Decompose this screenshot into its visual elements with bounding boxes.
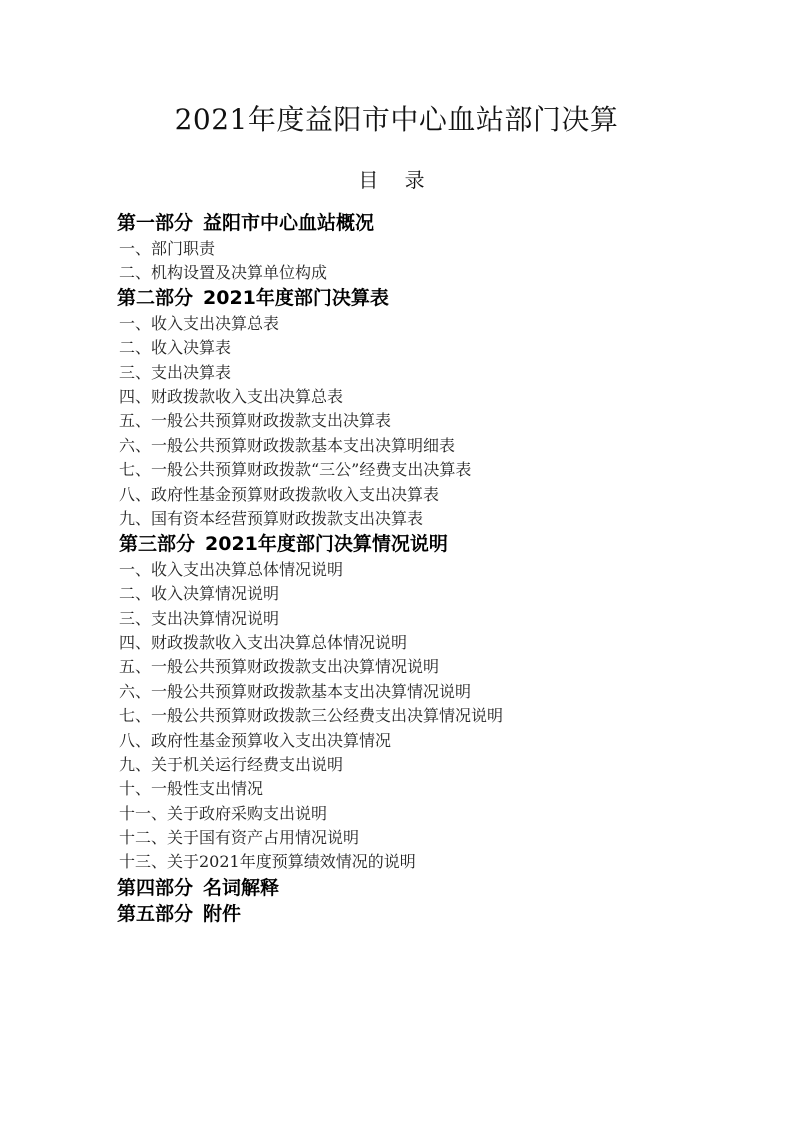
part-number: 第四部分	[117, 877, 193, 899]
part-number: 第五部分	[117, 903, 193, 925]
part-title: 附件	[203, 903, 241, 925]
toc-item[interactable]: 十一、关于政府采购支出说明	[117, 802, 717, 826]
toc-item[interactable]: 八、政府性基金预算收入支出决算情况	[117, 729, 717, 753]
toc-part-3[interactable]: 第三部分2021年度部门决算情况说明	[117, 531, 717, 558]
part-title: 名词解释	[203, 877, 279, 899]
toc-part-1[interactable]: 第一部分益阳市中心血站概况	[117, 210, 717, 237]
toc-item[interactable]: 一、收入支出决算总表	[117, 312, 717, 336]
toc-item[interactable]: 六、一般公共预算财政拨款基本支出决算明细表	[117, 434, 717, 458]
part-title: 2021年度部门决算情况说明	[205, 533, 448, 555]
toc-item[interactable]: 一、部门职责	[117, 237, 717, 261]
part-number: 第一部分	[117, 212, 193, 234]
toc-part-4[interactable]: 第四部分名词解释	[117, 875, 717, 902]
toc-item[interactable]: 七、一般公共预算财政拨款三公经费支出决算情况说明	[117, 704, 717, 728]
toc-item[interactable]: 十、一般性支出情况	[117, 777, 717, 801]
toc-part-5[interactable]: 第五部分附件	[117, 901, 717, 928]
toc-item[interactable]: 二、收入决算表	[117, 336, 717, 360]
toc-item[interactable]: 三、支出决算情况说明	[117, 607, 717, 631]
toc-item[interactable]: 四、财政拨款收入支出决算总体情况说明	[117, 631, 717, 655]
part-number: 第二部分	[117, 287, 193, 309]
toc-item[interactable]: 二、收入决算情况说明	[117, 582, 717, 606]
toc-item[interactable]: 二、机构设置及决算单位构成	[117, 261, 717, 285]
toc-item[interactable]: 四、财政拨款收入支出决算总表	[117, 385, 717, 409]
toc-item[interactable]: 十二、关于国有资产占用情况说明	[117, 826, 717, 850]
toc-heading: 目 录	[0, 164, 793, 193]
toc-item[interactable]: 九、国有资本经营预算财政拨款支出决算表	[117, 507, 717, 531]
toc-item[interactable]: 八、政府性基金预算财政拨款收入支出决算表	[117, 483, 717, 507]
part-number: 第三部分	[119, 533, 195, 555]
toc-part-2[interactable]: 第二部分2021年度部门决算表	[117, 285, 717, 312]
toc-item[interactable]: 五、一般公共预算财政拨款支出决算表	[117, 409, 717, 433]
part-title: 2021年度部门决算表	[203, 287, 389, 309]
toc-item[interactable]: 十三、关于2021年度预算绩效情况的说明	[117, 850, 717, 874]
toc-item[interactable]: 五、一般公共预算财政拨款支出决算情况说明	[117, 655, 717, 679]
toc-item[interactable]: 七、一般公共预算财政拨款“三公”经费支出决算表	[117, 458, 717, 482]
toc-item[interactable]: 九、关于机关运行经费支出说明	[117, 753, 717, 777]
part-title: 益阳市中心血站概况	[203, 212, 374, 234]
toc-item[interactable]: 一、收入支出决算总体情况说明	[117, 558, 717, 582]
toc-item[interactable]: 六、一般公共预算财政拨款基本支出决算情况说明	[117, 680, 717, 704]
toc-item[interactable]: 三、支出决算表	[117, 361, 717, 385]
document-title: 2021年度益阳市中心血站部门决算	[0, 98, 793, 138]
table-of-contents: 第一部分益阳市中心血站概况 一、部门职责 二、机构设置及决算单位构成 第二部分2…	[117, 210, 717, 928]
